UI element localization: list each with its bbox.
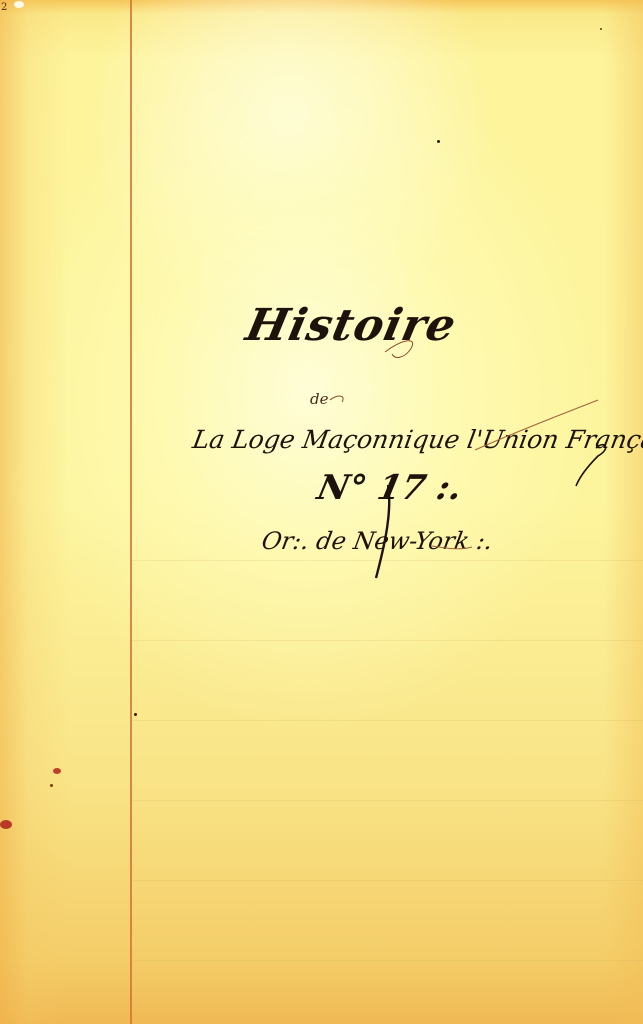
title-line-de: de [310,390,328,408]
ink-dot [437,140,440,143]
ink-stain [53,768,61,774]
ink-dot [134,713,137,716]
aged-left-edge [0,0,70,1024]
lodge-name-line: La Loge Maçonnique l'Union Française [190,425,643,454]
manuscript-page: 2 Histoire de La Loge Maçonnique l'Union… [0,0,643,1024]
orient-location-line: Or:. de New-York :. [260,527,495,555]
faint-ruled-line [132,640,643,641]
faint-ruled-line [132,800,643,801]
calligraphic-flourishes [0,0,643,1024]
faint-ruled-line [132,560,643,561]
faint-ruled-line [132,880,643,881]
paper-tear [14,1,24,8]
faint-ruled-line [132,720,643,721]
ink-stain [0,820,12,829]
document-title: Histoire [242,300,461,351]
margin-rule-line [130,0,132,1024]
ink-dot [50,784,53,787]
corner-page-mark: 2 [1,2,7,13]
faint-ruled-line [132,960,643,961]
lodge-number-line: N° 17 :. [314,468,466,508]
aged-right-edge [603,0,643,1024]
ink-dot [600,28,602,30]
